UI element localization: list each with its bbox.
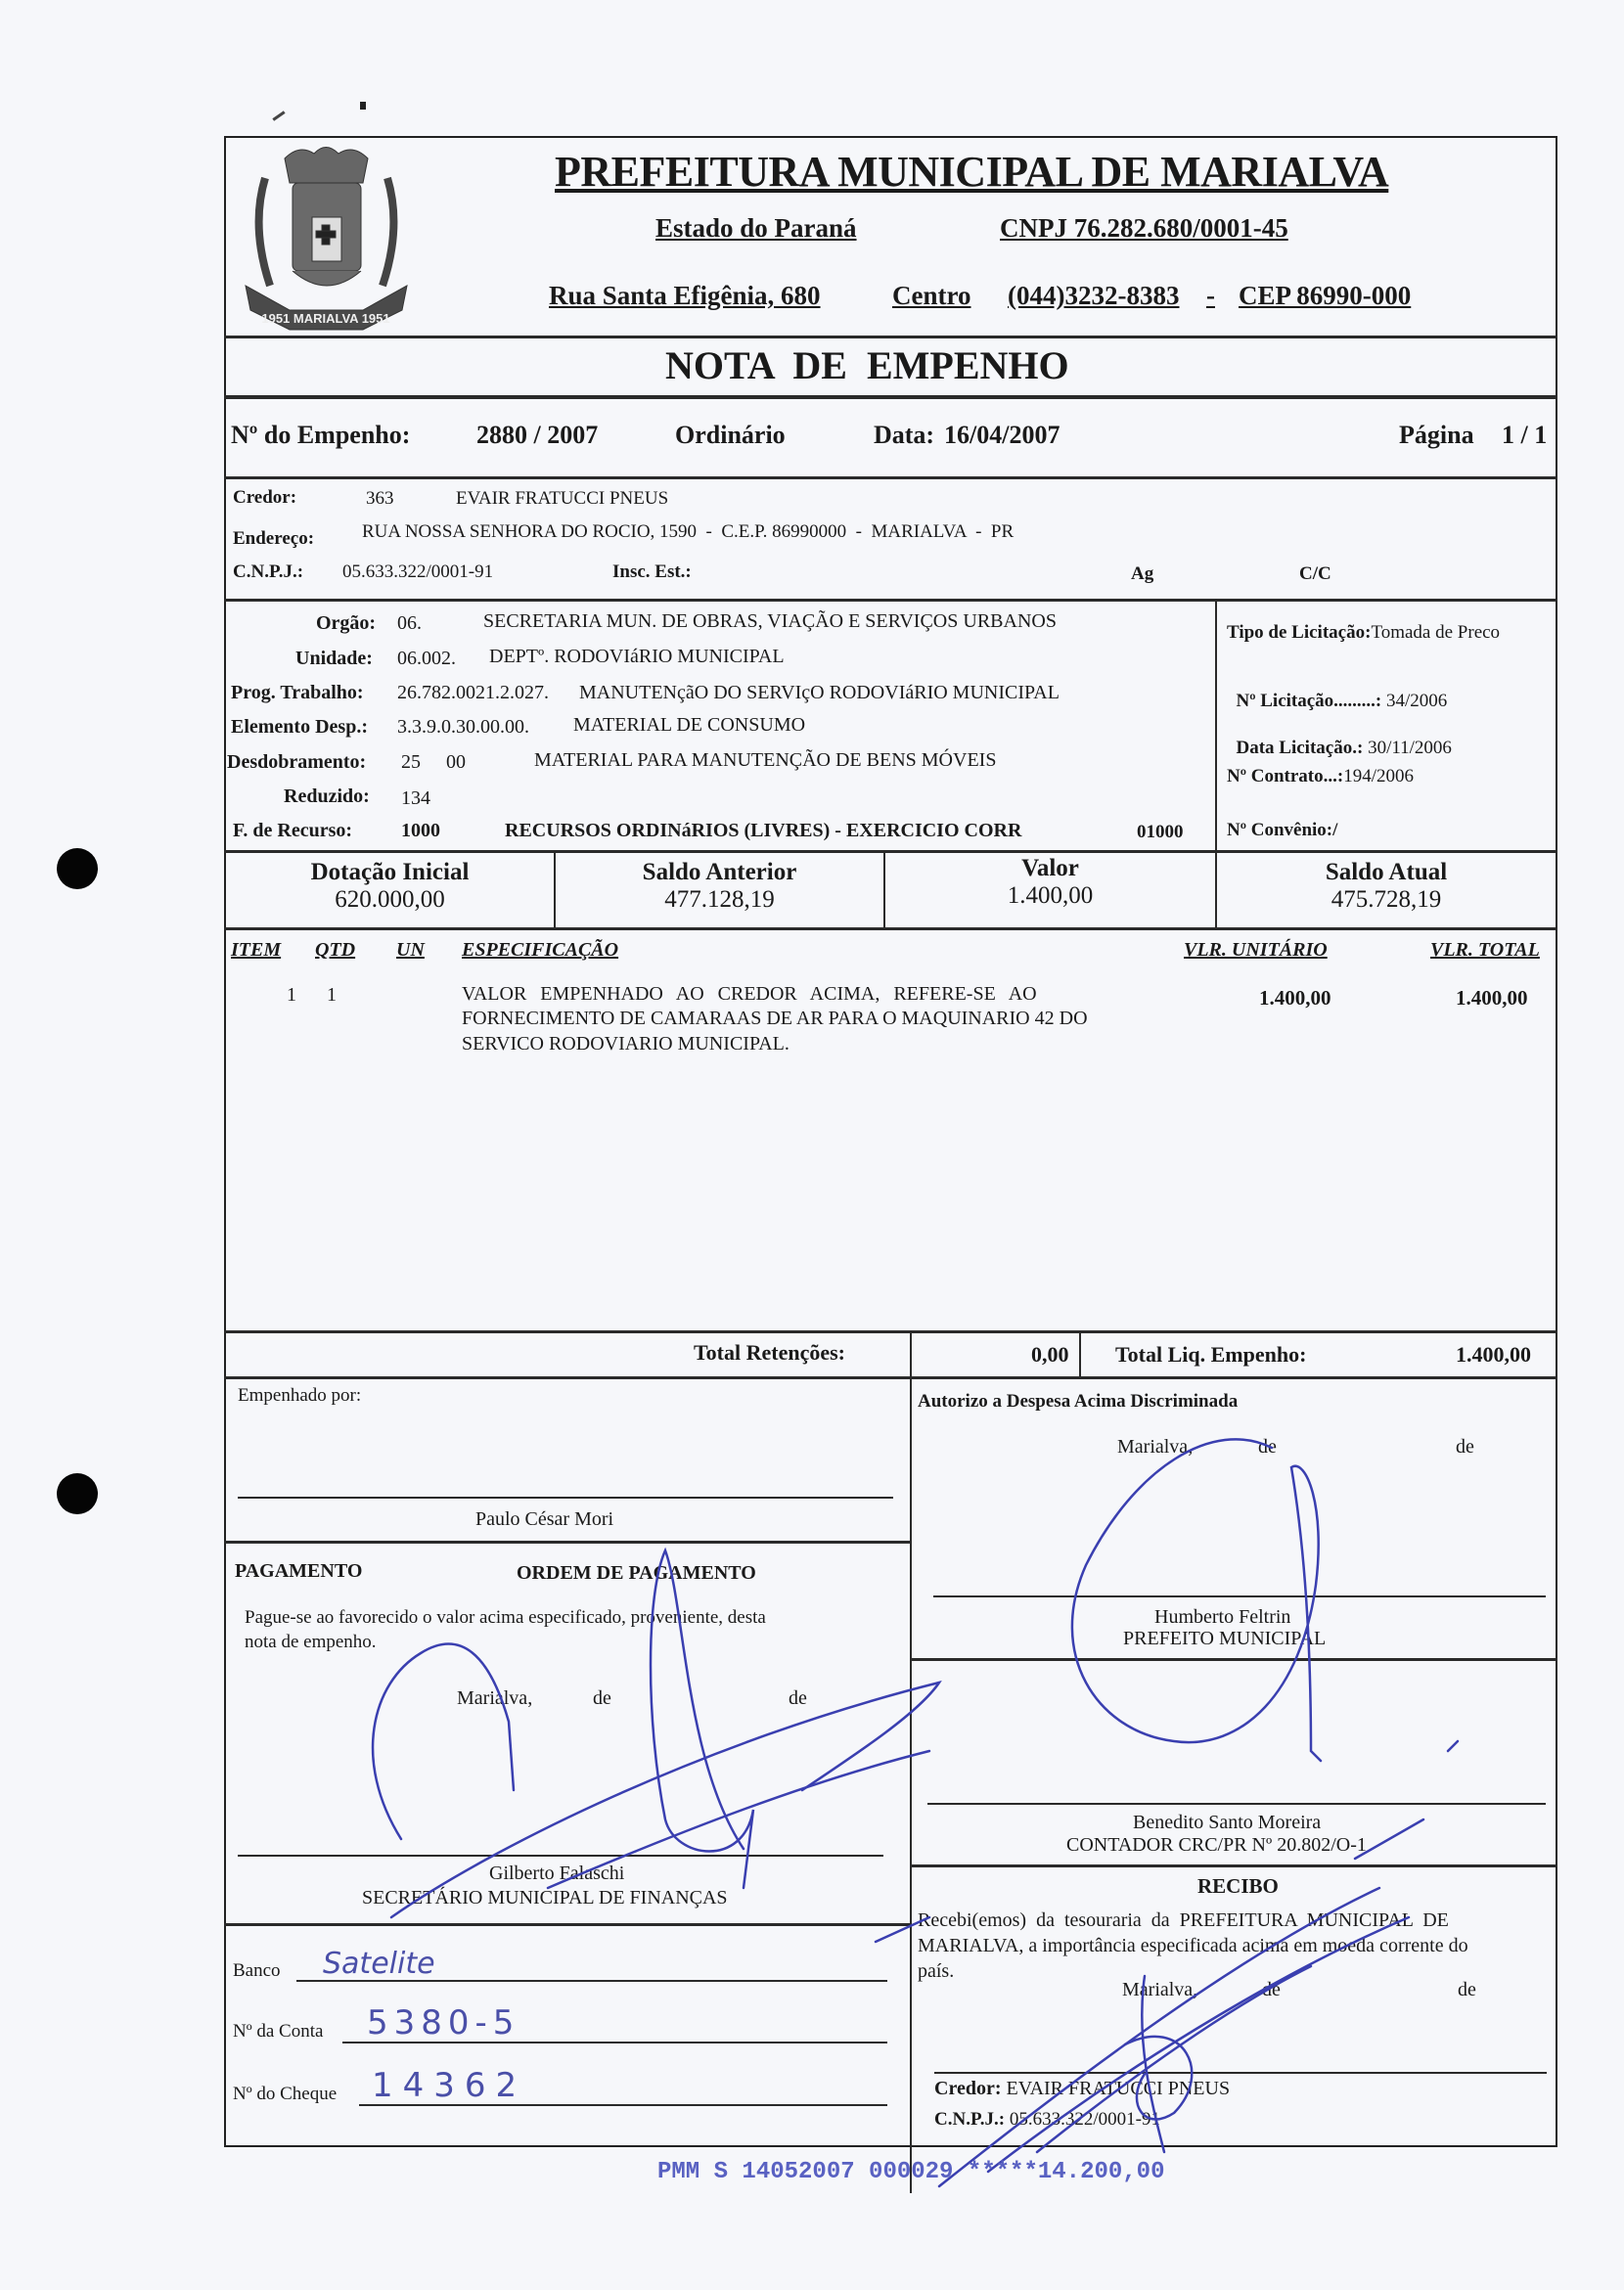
empenhado-name: Paulo César Mori xyxy=(475,1508,613,1531)
col-header-spec: ESPECIFICAÇÃO xyxy=(462,939,618,962)
autorizo-de: de xyxy=(1456,1436,1474,1459)
recibo-cnpj: C.N.P.J.: 05.633.322/0001-91 xyxy=(934,2109,1160,2131)
pagamento-place: Marialva, xyxy=(457,1687,532,1710)
signature-line xyxy=(934,2072,1547,2074)
licitacao-numero-value: 34/2006 xyxy=(1381,691,1447,711)
unidade-label: Unidade: xyxy=(295,648,373,670)
item-spec-line: SERVICO RODOVIARIO MUNICIPAL. xyxy=(462,1033,789,1055)
crest-ribbon-text: 1951 MARIALVA 1951 xyxy=(261,311,389,326)
conta-value[interactable]: 5380-5 xyxy=(367,2003,519,2043)
pagamento-de: de xyxy=(593,1687,611,1710)
licitacao-tipo-value: Tomada de Preco xyxy=(1371,622,1500,643)
balance-label: Saldo Atual xyxy=(1217,859,1556,886)
contador-name: Benedito Santo Moreira xyxy=(1133,1812,1321,1834)
contador-title: CONTADOR CRC/PR Nº 20.802/O-1 xyxy=(1066,1834,1367,1857)
prefeito-title: PREFEITO MUNICIPAL xyxy=(1123,1628,1326,1650)
recibo-cnpj-value: 05.633.322/0001-91 xyxy=(1010,2109,1160,2130)
licitacao-numero: Nº Licitação.........: 34/2006 xyxy=(1227,669,1447,712)
balance-saldo-anterior: Saldo Anterior 477.128,19 xyxy=(556,859,883,914)
crest-logo: 1951 MARIALVA 1951 xyxy=(231,139,422,335)
insc-est-label: Insc. Est.: xyxy=(612,561,692,583)
elemento-desp-code: 3.3.9.0.30.00.00. xyxy=(397,716,529,739)
prefeito-name: Humberto Feltrin xyxy=(1154,1606,1290,1629)
elemento-desp-desc: MATERIAL DE CONSUMO xyxy=(573,714,805,737)
divider xyxy=(910,1332,912,2193)
ordem-pagamento-label: ORDEM DE PAGAMENTO xyxy=(517,1562,756,1585)
licitacao-data: Data Licitação.: 30/11/2006 xyxy=(1227,716,1452,759)
col-header-total-value: VLR. TOTAL xyxy=(1430,939,1540,962)
recibo-credor: Credor: EVAIR FRATUCCI PNEUS xyxy=(934,2078,1230,2100)
municipality-phone: (044)3232-8383 xyxy=(1008,281,1179,311)
divider xyxy=(224,1923,912,1926)
balance-value: 477.128,19 xyxy=(556,886,883,914)
scan-speck xyxy=(360,102,366,110)
divider xyxy=(224,1330,1557,1333)
recibo-text: país. xyxy=(918,1960,954,1983)
empenho-date: 16/04/2007 xyxy=(944,421,1060,450)
col-header-un: UN xyxy=(396,939,425,962)
recurso-label: F. de Recurso: xyxy=(233,820,352,842)
total-liquido-value: 1.400,00 xyxy=(1456,1342,1531,1368)
credor-name: EVAIR FRATUCCI PNEUS xyxy=(456,488,668,510)
recurso-code: 1000 xyxy=(401,820,440,842)
recurso-sub: 01000 xyxy=(1137,822,1184,843)
licitacao-contrato-value: 194/2006 xyxy=(1343,766,1414,786)
divider xyxy=(224,1376,1557,1379)
licitacao-tipo-label: Tipo de Licitação: xyxy=(1227,622,1371,643)
elemento-desp-label: Elemento Desp.: xyxy=(231,716,368,739)
prog-trabalho-label: Prog. Trabalho: xyxy=(231,682,364,704)
item-total-value: 1.400,00 xyxy=(1456,986,1528,1010)
payment-stamp: PMM S 14052007 000029 *****14.200,00 xyxy=(657,2159,1164,2185)
credor-code: 363 xyxy=(366,488,394,510)
municipality-cnpj: CNPJ 76.282.680/0001-45 xyxy=(1000,213,1288,244)
balance-label: Saldo Anterior xyxy=(556,859,883,886)
orgao-code: 06. xyxy=(397,612,422,635)
secretario-title: SECRETÁRIO MUNICIPAL DE FINANÇAS xyxy=(362,1887,728,1909)
account-label: C/C xyxy=(1299,563,1331,585)
balance-valor: Valor 1.400,00 xyxy=(885,855,1215,910)
desdobramento-code-1: 25 xyxy=(401,751,421,774)
signature-line xyxy=(238,1497,893,1499)
recibo-text: MARIALVA, a importância especificada aci… xyxy=(918,1935,1468,1957)
divider xyxy=(224,599,1557,602)
page-label: Página xyxy=(1399,421,1474,450)
divider xyxy=(1215,601,1217,851)
empenho-type: Ordinário xyxy=(675,421,786,450)
divider xyxy=(910,1864,1557,1867)
cnpj-label: C.N.P.J.: xyxy=(233,561,303,583)
banco-label: Banco xyxy=(233,1960,281,1982)
prog-trabalho-desc: MANUTENçãO DO SERVIçO RODOVIáRIO MUNICIP… xyxy=(579,682,1060,704)
municipality-title: PREFEITURA MUNICIPAL DE MARIALVA xyxy=(555,147,1388,197)
item-spec-line: VALOR EMPENHADO AO CREDOR ACIMA, REFERE-… xyxy=(462,983,1037,1006)
recibo-de: de xyxy=(1262,1979,1281,2001)
divider xyxy=(1079,1332,1081,1377)
empenho-number: 2880 / 2007 xyxy=(476,421,598,450)
municipality-address: Rua Santa Efigênia, 680 xyxy=(549,281,821,311)
item-number: 1 xyxy=(287,984,296,1007)
divider xyxy=(224,1541,912,1544)
licitacao-convenio: Nº Convênio:/ xyxy=(1227,820,1337,841)
col-header-unit-value: VLR. UNITÁRIO xyxy=(1184,939,1328,962)
col-header-qtd: QTD xyxy=(315,939,355,962)
municipality-cep: CEP 86990-000 xyxy=(1239,281,1411,311)
recibo-cnpj-label: C.N.P.J.: xyxy=(934,2109,1005,2130)
balance-dotacao-inicial: Dotação Inicial 620.000,00 xyxy=(226,859,554,914)
divider xyxy=(224,476,1557,479)
balance-value: 1.400,00 xyxy=(885,882,1215,910)
secretario-name: Gilberto Falaschi xyxy=(489,1863,624,1885)
orgao-label: Orgão: xyxy=(316,612,376,635)
divider xyxy=(224,336,1557,338)
balance-value: 475.728,19 xyxy=(1217,886,1556,914)
licitacao-tipo: Tipo de Licitação:Tomada de Preco xyxy=(1227,622,1500,644)
empenhado-por-label: Empenhado por: xyxy=(238,1385,361,1407)
pagamento-text: nota de empenho. xyxy=(245,1632,377,1653)
desdobramento-label: Desdobramento: xyxy=(227,751,366,774)
document-title: NOTA DE EMPENHO xyxy=(665,342,1069,388)
recibo-place: Marialva, xyxy=(1122,1979,1197,2001)
licitacao-data-label: Data Licitação.: xyxy=(1237,738,1364,758)
punch-hole xyxy=(57,1473,98,1514)
unidade-code: 06.002. xyxy=(397,648,456,670)
autorizo-place: Marialva, xyxy=(1117,1436,1193,1459)
item-spec-line: FORNECIMENTO DE CAMARAAS DE AR PARA O MA… xyxy=(462,1008,1088,1030)
prog-trabalho-code: 26.782.0021.2.027. xyxy=(397,682,549,704)
divider xyxy=(910,1658,1557,1661)
autorizo-label: Autorizo a Despesa Acima Discriminada xyxy=(918,1391,1238,1413)
licitacao-contrato-label: Nº Contrato...: xyxy=(1227,766,1343,786)
unidade-desc: DEPTº. RODOVIáRIO MUNICIPAL xyxy=(489,646,785,668)
licitacao-contrato: Nº Contrato...:194/2006 xyxy=(1227,766,1414,787)
recibo-title: RECIBO xyxy=(1197,1874,1279,1899)
divider xyxy=(224,395,1557,399)
agency-label: Ag xyxy=(1131,563,1153,585)
conta-label: Nº da Conta xyxy=(233,2021,323,2043)
recurso-desc: RECURSOS ORDINáRIOS (LIVRES) - EXERCICIO… xyxy=(505,820,1021,842)
pagamento-text: Pague-se ao favorecido o valor acima esp… xyxy=(245,1607,766,1629)
item-qtd: 1 xyxy=(327,984,337,1007)
scan-speck xyxy=(272,111,285,120)
pagamento-de: de xyxy=(789,1687,807,1710)
punch-hole xyxy=(57,848,98,889)
balance-label: Dotação Inicial xyxy=(226,859,554,886)
empenho-date-label: Data: xyxy=(874,421,934,450)
balance-value: 620.000,00 xyxy=(226,886,554,914)
cheque-label: Nº do Cheque xyxy=(233,2084,337,2105)
credor-label: Credor: xyxy=(233,487,296,509)
signature-line xyxy=(238,1855,883,1857)
total-retencoes-value: 0,00 xyxy=(1031,1342,1069,1368)
pagamento-label: PAGAMENTO xyxy=(235,1560,362,1583)
item-unit-value: 1.400,00 xyxy=(1259,986,1331,1010)
recibo-de: de xyxy=(1458,1979,1476,2001)
recibo-text: Recebi(emos) da tesouraria da PREFEITURA… xyxy=(918,1909,1449,1932)
autorizo-de: de xyxy=(1258,1436,1277,1459)
licitacao-numero-label: Nº Licitação.........: xyxy=(1237,691,1382,711)
divider xyxy=(224,850,1557,853)
divider xyxy=(224,927,1557,930)
recibo-credor-label: Credor: xyxy=(934,2078,1002,2099)
orgao-desc: SECRETARIA MUN. DE OBRAS, VIAÇÃO E SERVI… xyxy=(483,610,1057,633)
signature-line xyxy=(927,1803,1546,1805)
total-retencoes-label: Total Retenções: xyxy=(694,1340,845,1366)
signature-line xyxy=(933,1595,1546,1597)
municipality-district: Centro xyxy=(892,281,971,311)
page-number: 1 / 1 xyxy=(1502,421,1547,450)
municipality-separator: - xyxy=(1206,281,1215,311)
reduzido-label: Reduzido: xyxy=(284,786,370,808)
recibo-credor-name: EVAIR FRATUCCI PNEUS xyxy=(1007,2078,1231,2099)
desdobramento-desc: MATERIAL PARA MANUTENÇÃO DE BENS MÓVEIS xyxy=(534,749,996,772)
reduzido-value: 134 xyxy=(401,787,430,810)
licitacao-data-value: 30/11/2006 xyxy=(1363,738,1452,758)
banco-value[interactable]: Satelite xyxy=(323,1947,435,1981)
empenho-number-label: Nº do Empenho: xyxy=(231,421,410,450)
state-label: Estado do Paraná xyxy=(655,213,857,244)
balance-saldo-atual: Saldo Atual 475.728,19 xyxy=(1217,859,1556,914)
address-label: Endereço: xyxy=(233,528,314,550)
credor-cnpj: 05.633.322/0001-91 xyxy=(342,561,493,583)
total-liquido-label: Total Liq. Empenho: xyxy=(1115,1342,1306,1368)
cheque-value[interactable]: 14362 xyxy=(372,2066,526,2105)
credor-address: RUA NOSSA SENHORA DO ROCIO, 1590 - C.E.P… xyxy=(362,521,1014,543)
balance-label: Valor xyxy=(885,855,1215,882)
col-header-item: ITEM xyxy=(231,939,281,962)
desdobramento-code-2: 00 xyxy=(446,751,466,774)
